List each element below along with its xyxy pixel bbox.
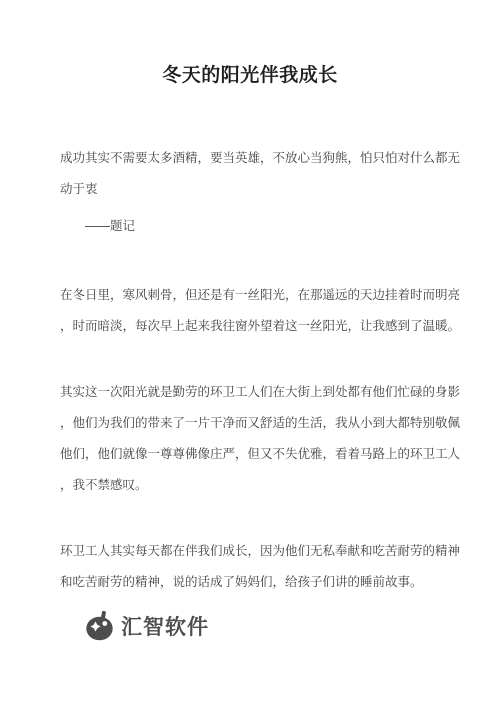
- footer-logo: 汇智软件: [86, 611, 209, 641]
- text-line: 环卫工人其实每天都在伴我们成长，因为他们无私奉献和吃苦耐劳的精神: [60, 536, 450, 567]
- text-line: ，时而暗淡，每次早上起来我往窗外望着这一丝阳光，让我感到了温暖。: [60, 311, 450, 342]
- text-line: 在冬日里，寒风刺骨，但还是有一丝阳光，在那遥远的天边挂着时而明亮: [60, 280, 450, 311]
- paragraph-winter-sunlight: 在冬日里，寒风刺骨，但还是有一丝阳光，在那遥远的天边挂着时而明亮，时而暗淡，每次…: [60, 280, 450, 342]
- text-line: 动于衷: [60, 174, 450, 205]
- document-page: 冬天的阳光伴我成长 成功其实不需要太多酒精，要当英雄，不放心当狗熊，怕只怕对什么…: [0, 0, 500, 707]
- paragraph-epigraph: 成功其实不需要太多酒精，要当英雄，不放心当狗熊，怕只怕对什么都无动于衷: [60, 143, 450, 205]
- text-line: 其实这一次阳光就是勤劳的环卫工人们在大街上到处都有他们忙碌的身影: [60, 377, 450, 408]
- text-line: ，他们为我们的带来了一片干净而又舒适的生活，我从小到大都特别敬佩: [60, 408, 450, 439]
- text-line: 他们，他们就像一尊尊佛像庄严，但又不失优雅，看着马路上的环卫工人: [60, 439, 450, 470]
- paragraph-growing-with-us: 环卫工人其实每天都在伴我们成长，因为他们无私奉献和吃苦耐劳的精神和吃苦耐劳的精神…: [60, 536, 450, 598]
- gamepad-icon: [86, 611, 114, 641]
- text-line: 和吃苦耐劳的精神，说的话成了妈妈们，给孩子们讲的睡前故事。: [60, 567, 450, 598]
- document-body: 成功其实不需要太多酒精，要当英雄，不放心当狗熊，怕只怕对什么都无动于衷——题记在…: [0, 90, 500, 598]
- paragraph-sanitation-workers: 其实这一次阳光就是勤劳的环卫工人们在大街上到处都有他们忙碌的身影，他们为我们的带…: [60, 377, 450, 501]
- page-title: 冬天的阳光伴我成长: [0, 62, 500, 90]
- brand-name: 汇智软件: [121, 611, 209, 641]
- text-line: ，我不禁感叹。: [60, 470, 450, 501]
- text-line: ——题记: [85, 211, 450, 242]
- text-line: 成功其实不需要太多酒精，要当英雄，不放心当狗熊，怕只怕对什么都无: [60, 143, 450, 174]
- paragraph-epigraph-attribution: ——题记: [85, 211, 450, 242]
